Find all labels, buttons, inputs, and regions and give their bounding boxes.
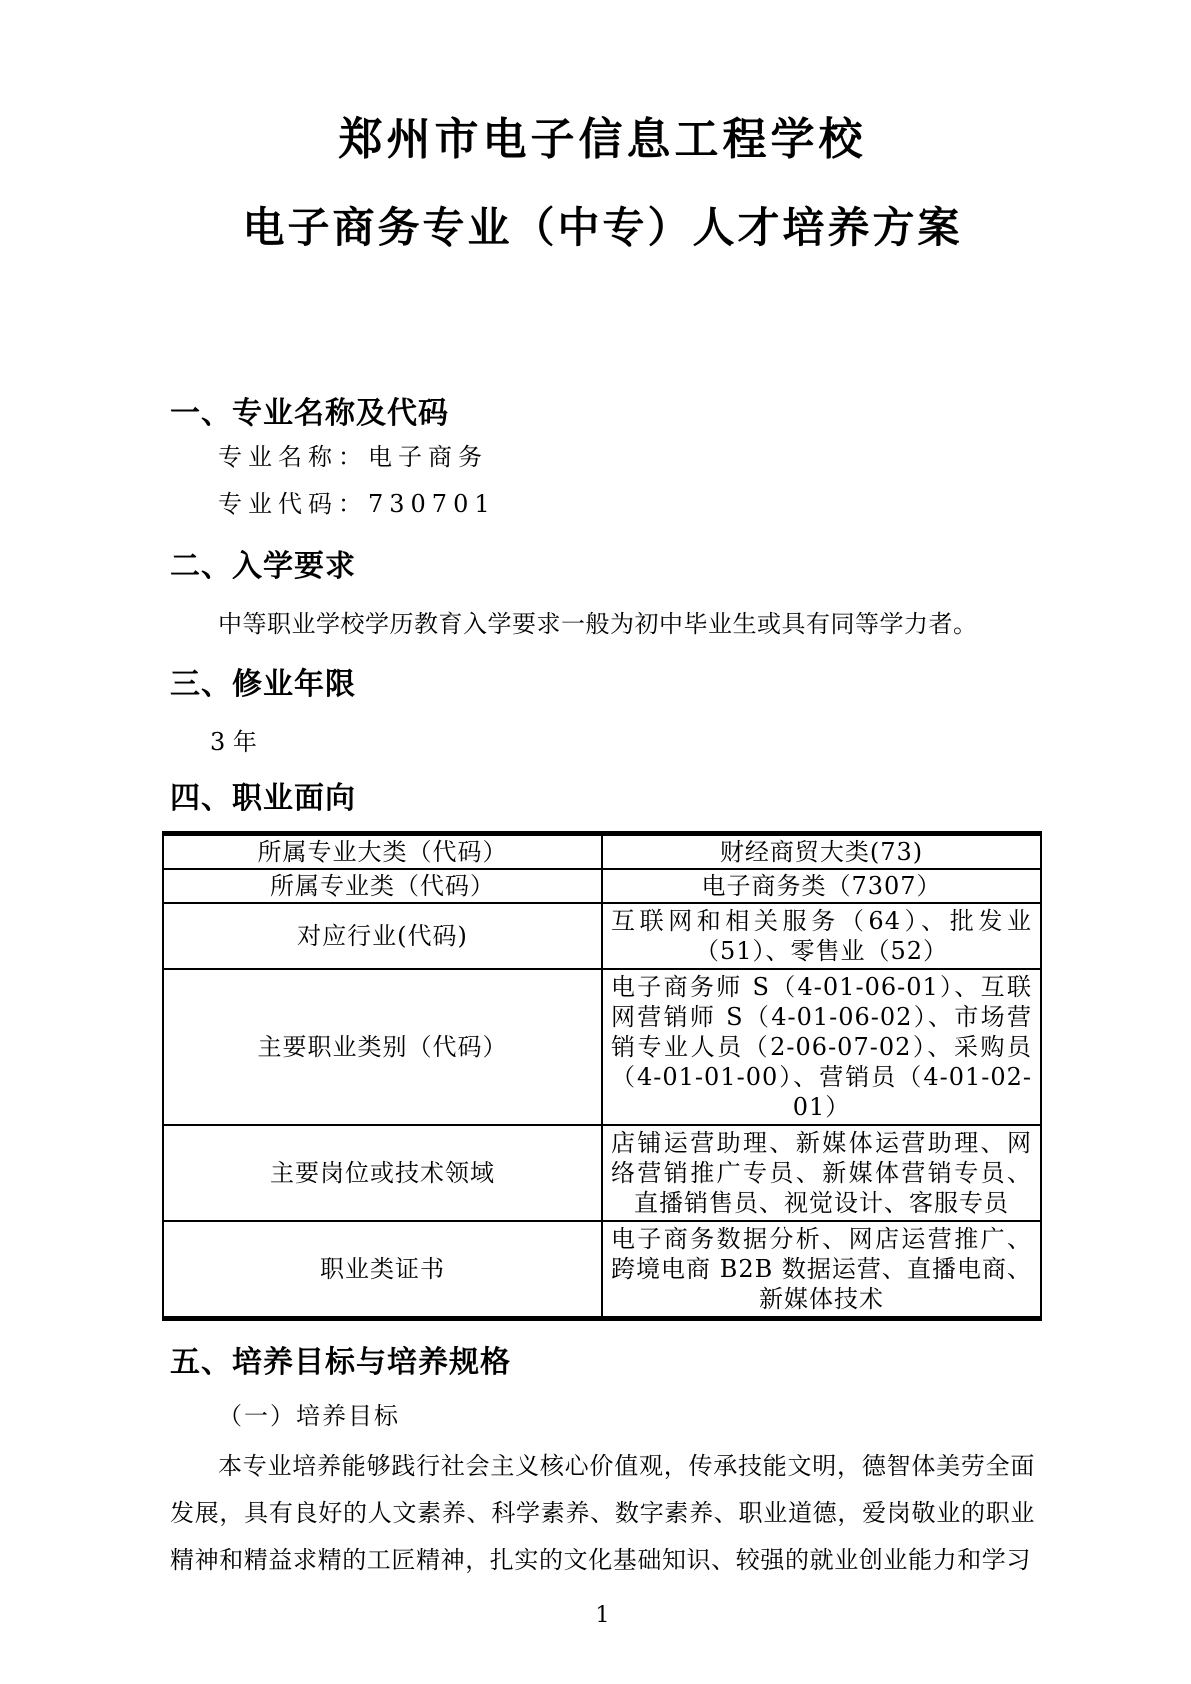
- row-value-major-category: 财经商贸大类(73): [602, 834, 1041, 870]
- table-row: 主要岗位或技术领域 店铺运营助理、新媒体运营助理、网络营销推广专员、新媒体营销专…: [163, 1125, 1041, 1221]
- subheading-training-objectives: （一）培养目标: [218, 1401, 1035, 1431]
- table-row: 对应行业(代码) 互联网和相关服务（64）、批发业（51）、零售业（52）: [163, 903, 1041, 969]
- major-name-line: 专业名称：电子商务: [218, 442, 1035, 472]
- major-code-line: 专业代码：730701: [218, 489, 1035, 519]
- training-objectives-paragraph: 本专业培养能够践行社会主义核心价值观，传承技能文明，德智体美劳全面发展，具有良好…: [170, 1443, 1035, 1584]
- row-label-main-posts: 主要岗位或技术领域: [163, 1125, 602, 1221]
- document-page: 郑州市电子信息工程学校 电子商务专业（中专）人才培养方案 一、专业名称及代码 专…: [0, 0, 1191, 1684]
- section-heading-entry-requirements: 二、入学要求: [170, 549, 1035, 585]
- entry-requirements-text: 中等职业学校学历教育入学要求一般为初中毕业生或具有同等学力者。: [218, 609, 1035, 639]
- row-label-certificates: 职业类证书: [163, 1221, 602, 1319]
- table-row: 职业类证书 电子商务数据分析、网店运营推广、跨境电商 B2B 数据运营、直播电商…: [163, 1221, 1041, 1319]
- row-label-industries: 对应行业(代码): [163, 903, 602, 969]
- section-heading-major-name-code: 一、专业名称及代码: [170, 396, 1035, 432]
- document-title-line2: 电子商务专业（中专）人才培养方案: [170, 200, 1035, 256]
- section-heading-training-objectives: 五、培养目标与培养规格: [170, 1345, 1035, 1381]
- page-number: 1: [170, 1602, 1035, 1630]
- section-heading-career-orientation: 四、职业面向: [170, 781, 1035, 817]
- row-value-industries: 互联网和相关服务（64）、批发业（51）、零售业（52）: [602, 903, 1041, 969]
- row-value-occupation-categories: 电子商务师 S（4-01-06-01）、互联网营销师 S（4-01-06-02）…: [602, 969, 1041, 1125]
- table-row: 主要职业类别（代码） 电子商务师 S（4-01-06-01）、互联网营销师 S（…: [163, 969, 1041, 1125]
- row-value-major-class: 电子商务类（7307）: [602, 869, 1041, 903]
- document-title-line1: 郑州市电子信息工程学校: [170, 112, 1035, 168]
- row-value-main-posts: 店铺运营助理、新媒体运营助理、网络营销推广专员、新媒体营销专员、直播销售员、视觉…: [602, 1125, 1041, 1221]
- career-orientation-table: 所属专业大类（代码） 财经商贸大类(73) 所属专业类（代码） 电子商务类（73…: [162, 831, 1042, 1321]
- row-label-occupation-categories: 主要职业类别（代码）: [163, 969, 602, 1125]
- table-row: 所属专业类（代码） 电子商务类（7307）: [163, 869, 1041, 903]
- table-row: 所属专业大类（代码） 财经商贸大类(73): [163, 834, 1041, 870]
- row-value-certificates: 电子商务数据分析、网店运营推广、跨境电商 B2B 数据运营、直播电商、新媒体技术: [602, 1221, 1041, 1319]
- section-heading-study-duration: 三、修业年限: [170, 667, 1035, 703]
- row-label-major-class: 所属专业类（代码）: [163, 869, 602, 903]
- row-label-major-category: 所属专业大类（代码）: [163, 834, 602, 870]
- study-duration-text: 3 年: [210, 727, 1035, 757]
